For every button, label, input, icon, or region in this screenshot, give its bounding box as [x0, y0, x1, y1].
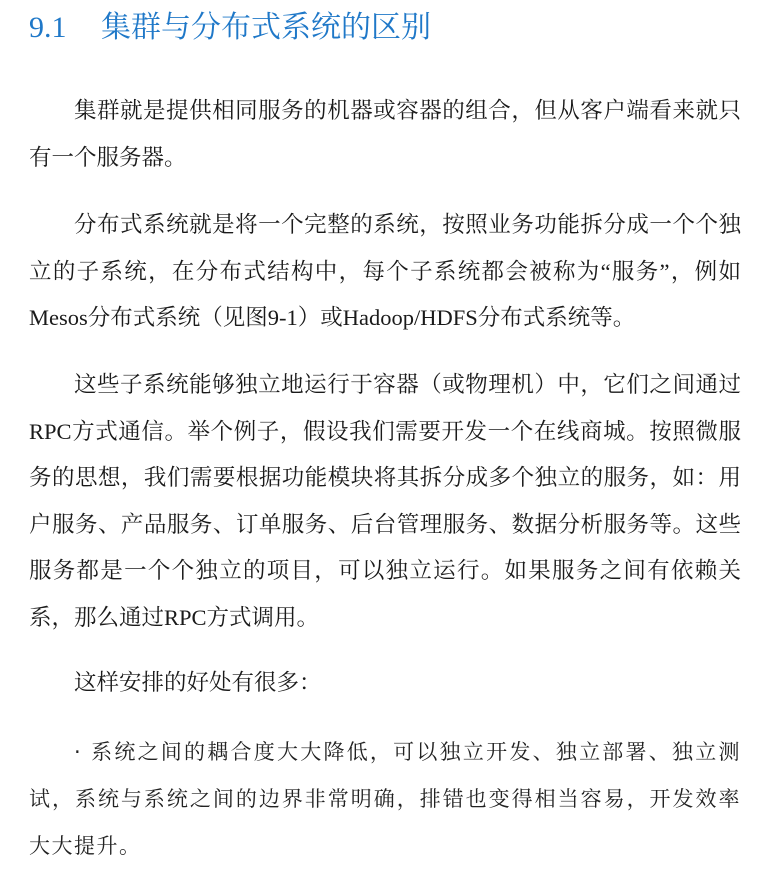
paragraph-rpc-example: 这些子系统能够独立地运行于容器（或物理机）中，它们之间通过RPC方式通信。举个例…: [29, 362, 741, 641]
section-heading: 9.1集群与分布式系统的区别: [29, 8, 431, 48]
paragraph-distributed-definition: 分布式系统就是将一个完整的系统，按照业务功能拆分成一个个独立的子系统，在分布式结…: [29, 202, 741, 342]
section-title: 集群与分布式系统的区别: [101, 11, 431, 44]
paragraph-cluster-definition: 集群就是提供相同服务的机器或容器的组合，但从客户端看来就只有一个服务器。: [29, 88, 741, 181]
section-number: 9.1: [29, 8, 101, 48]
paragraph-benefits-intro: 这样安排的好处有很多：: [29, 660, 741, 707]
bullet-benefit-decoupling: · 系统之间的耦合度大大降低，可以独立开发、独立部署、独立测试，系统与系统之间的…: [29, 729, 741, 870]
